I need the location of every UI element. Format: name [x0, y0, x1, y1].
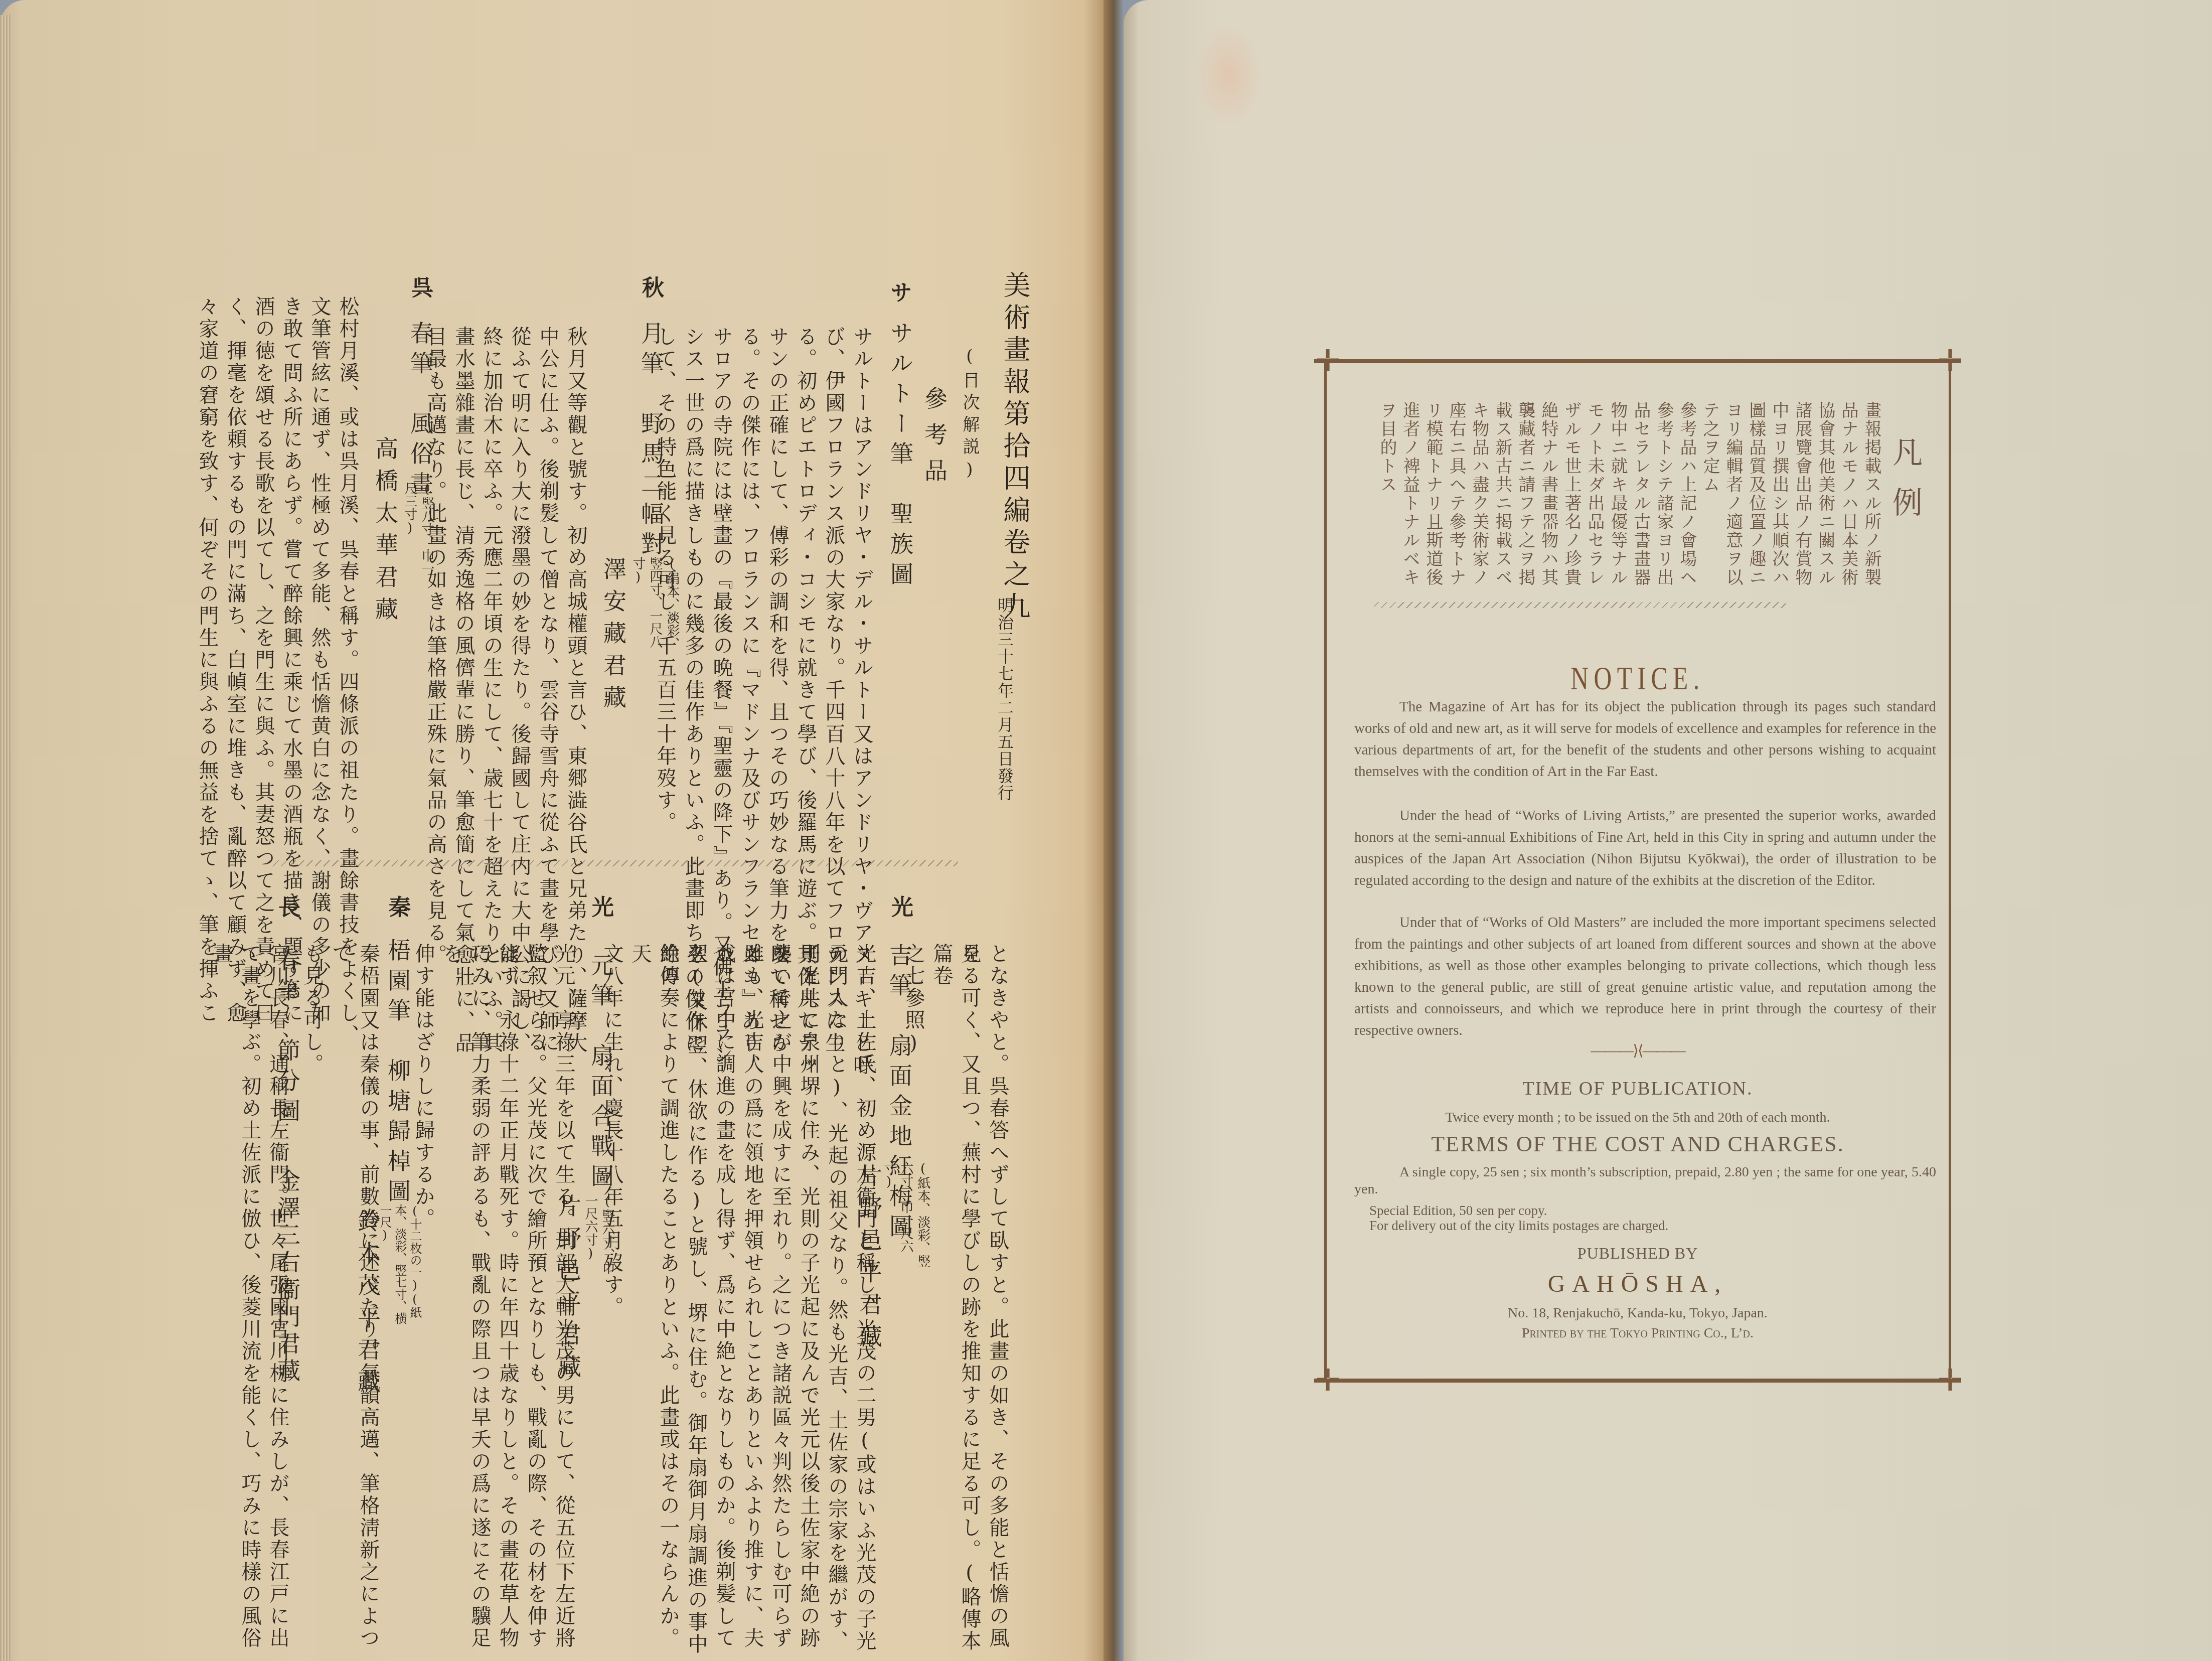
hanrei-line: ザルモ世上著名ノ珍貴: [1558, 401, 1585, 587]
hanrei-line: 絶特ナル書畫器物ハ其: [1535, 401, 1561, 587]
terms-text: A single copy, 25 sen ; six month’s subs…: [1354, 1164, 1936, 1198]
hanrei-line: ヲ目的トス: [1374, 401, 1400, 494]
hanrei-line: 品セラレタル古書畫器: [1628, 401, 1654, 587]
hanrei-line: 畫報掲載スル所ノ新製: [1858, 401, 1884, 587]
work-size: (紙本、淡彩、竪六寸、巾一尺六寸): [880, 1161, 931, 1277]
notice-paragraph: Under that of “Works of Old Masters” are…: [1354, 912, 1936, 1041]
hanrei-line: 物中ニ就キ最優等ナル: [1605, 401, 1631, 587]
divider-ornament-icon: ———⟩⟨———: [1324, 1042, 1951, 1060]
section-label: (目次解説): [956, 346, 984, 485]
hanrei-line: ヨリ編輯者ノ適意ヲ以: [1720, 401, 1746, 587]
time-of-publication-heading: TIME OF PUBLICATION.: [1324, 1078, 1951, 1100]
terms-heading: TERMS OF THE COST AND CHARGES.: [1324, 1131, 1951, 1157]
owner: 澤安藏君藏: [597, 557, 630, 717]
entry-marker: 光: [584, 895, 616, 918]
special-edition-text: Special Edition, 50 sen per copy.: [1369, 1203, 1547, 1219]
work-size: (竪六寸、巾一尺六寸): [582, 1194, 616, 1279]
hanrei-line: テ之ヲ定ム: [1697, 401, 1723, 494]
corner-ornament-icon: ✛: [1938, 1361, 1958, 1401]
hanrei-line: 參考トシテ諸家ヨリ出: [1651, 401, 1677, 587]
hanrei-line: 參考品ハ上記ノ會場ヘ: [1674, 401, 1700, 587]
printer-line: Printed by the Tokyo Printing Co., L’d.: [1324, 1325, 1951, 1341]
page-edges: [0, 15, 11, 1661]
notice-title: NOTICE.: [1402, 660, 1873, 698]
hanrei-line: キ物品ハ盡ク美術家ノ: [1466, 401, 1492, 587]
hanrei-line: 進者ノ裨益トナルベキ: [1397, 401, 1423, 587]
magazine-title: 美術畫報第拾四編卷之九: [996, 271, 1034, 624]
entry-text-line: 見る可く、又且つ、蕪村に學びしの跡を推知するに足る可し。(略傳本篇卷: [927, 943, 984, 1661]
notice-paragraph: The Magazine of Art has for its object t…: [1354, 696, 1936, 783]
work-size: (絹本、淡彩、竪四寸、一尺八寸): [629, 557, 681, 662]
entry-text-line: 々家道の窘窮を致す、何ぞその門生に與ふるの無益を捨てゝ、筆を揮ふこ: [193, 296, 221, 1024]
frame-top-rule: [1314, 359, 1961, 363]
hanrei-line: 品ナルモノハ日本美術: [1835, 401, 1861, 587]
hanrei-line: 協會其他美術ニ關スル: [1812, 401, 1838, 587]
work-title: 元筆 扇面合戰圖: [584, 953, 617, 1194]
work-size: (竪八寸、巾一尺三寸): [401, 482, 435, 587]
frame-bottom-rule: [1314, 1379, 1961, 1383]
published-by-label: PUBLISHED BY: [1324, 1244, 1951, 1263]
entry-text-line: く、揮毫を依頼するもの門に滿ち、白幀室に堆きも、亂醉以て顧みず、愈: [221, 296, 249, 1024]
work-title: 春筆 風俗畫: [404, 321, 437, 502]
wavy-divider: [1374, 602, 1786, 608]
entry-marker: 長: [271, 895, 303, 918]
book-gutter: [1103, 0, 1124, 1661]
entry-marker: 光: [884, 895, 916, 918]
section-heading: 參考品: [918, 386, 951, 495]
hanrei-line: 圖樣品質及位置ノ趣ニ: [1743, 401, 1769, 587]
hanrei-line: 座右ニ具ヘテ參考トナ: [1443, 401, 1469, 587]
hanrei-line: 諸展覽會出品ノ有賞物: [1789, 401, 1815, 587]
work-title: 梧園筆 柳塘歸棹圖: [381, 938, 414, 1209]
entry-marker: 呉: [404, 276, 436, 298]
entry-marker: サ: [883, 281, 915, 303]
entry-marker: 秦: [381, 895, 413, 918]
paper-stain: [1194, 20, 1264, 130]
delivery-text: For delivery out of the city limits post…: [1369, 1218, 1668, 1234]
hanrei-line: 載ス新古共ニ掲載スベ: [1489, 401, 1515, 587]
entry-text-line: ゝ畫を學ぶ。初め土佐派に倣ひ、後菱川流を能くし、巧みに時樣の風俗畫: [208, 943, 264, 1661]
work-title: 月筆 野馬二幅對: [635, 321, 668, 562]
hanrei-heading: 凡例: [1883, 436, 1927, 537]
corner-ornament-icon: ✛: [1315, 341, 1335, 381]
entry-marker: 秋: [635, 276, 667, 298]
entry-text-line: 秦梧園又は秦儀の事、前數卷に述べたり。氣韻高邁、筆格淸新之によつて: [326, 943, 382, 1661]
entry-text-line: 餘傳奏によりて調進したることありといふ。此畫或はその一ならんか。天: [626, 943, 682, 1661]
publisher-name: GAHŌSHA,: [1324, 1270, 1951, 1298]
publisher-address: No. 18, Renjakuchō, Kanda-ku, Tokyo, Jap…: [1324, 1305, 1951, 1321]
hanrei-line: リ模範トナリ且斯道後: [1420, 401, 1446, 587]
work-title: サルトー筆 聖族圖: [884, 321, 917, 592]
time-of-publication-text: Twice every month ; to be issued on the …: [1324, 1110, 1951, 1126]
wavy-divider: [266, 860, 958, 866]
issue-date: 明治三十七年二月五日發行: [991, 597, 1019, 802]
owner: 高橋太華君藏: [369, 436, 402, 629]
entry-text-line: 松村月溪、或は呉月溪、呉春と稱す。四條派の祖たり。畫餘書技をよくし、: [334, 296, 362, 1046]
hanrei-line: モノト未ダ出品セラレ: [1582, 401, 1608, 587]
corner-ornament-icon: ✛: [1315, 1361, 1335, 1401]
corner-ornament-icon: ✛: [1938, 341, 1958, 381]
entry-text-line: 文筆管絃に通ず、性極めて多能、然も恬憺黄白に念なく、謝儀の多少の如: [305, 296, 334, 1024]
hanrei-line: 襲藏者ニ請フテ之ヲ掲: [1512, 401, 1538, 587]
hanrei-line: 中ヨリ撰出シ其順次ハ: [1766, 401, 1792, 587]
entry-text-line: 巧みに、筆力柔弱の評あるも、戰亂の際且つは早夭の爲に遂にその驥足を: [437, 943, 494, 1661]
notice-paragraph: Under the head of “Works of Living Artis…: [1354, 805, 1936, 891]
